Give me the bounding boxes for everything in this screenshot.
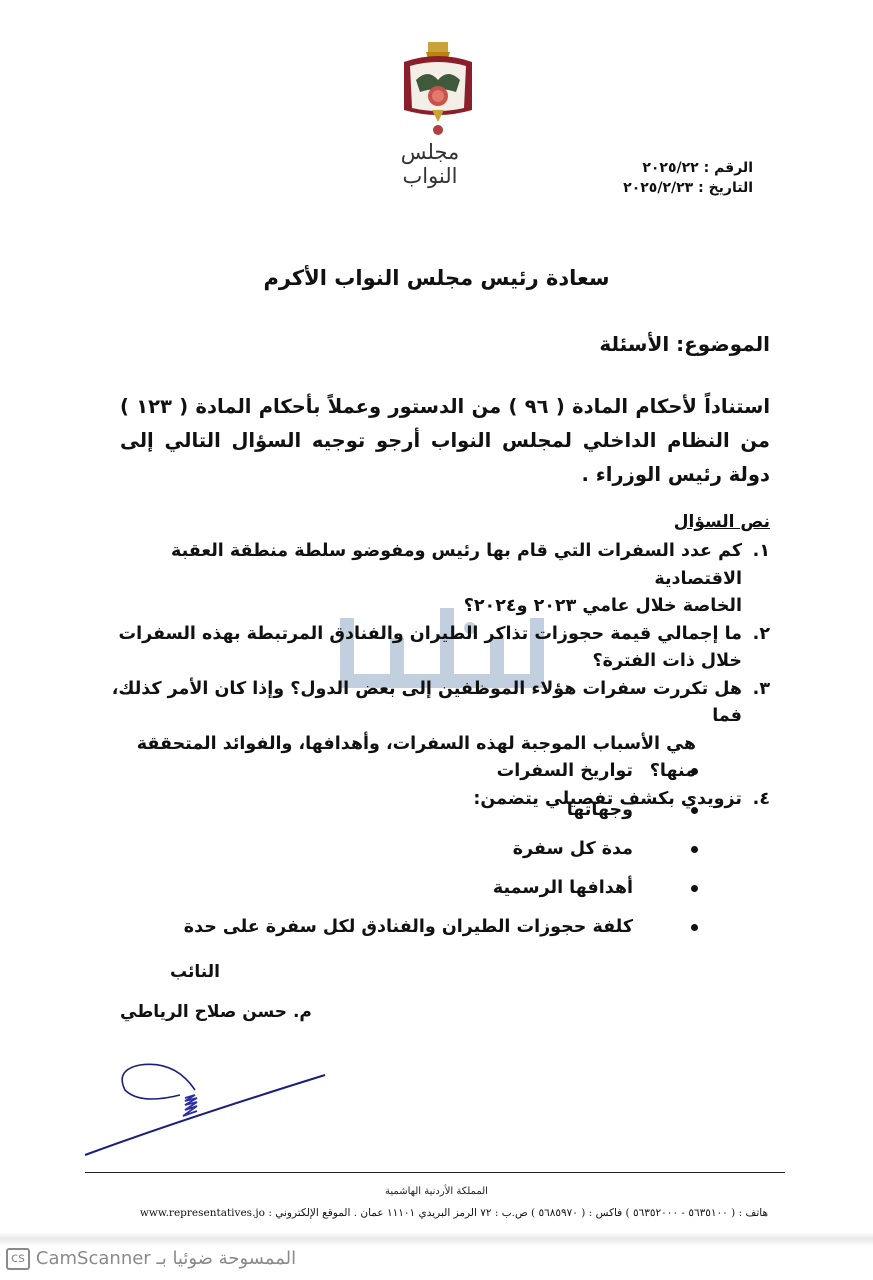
bullet-item: مدة كل سفرة [184,835,698,874]
question-text-line1: كم عدد السفرات التي قام بها رئيس ومفوضو … [90,538,742,593]
signer-name: م. حسن صلاح الرياطي [120,1002,312,1022]
question-text-line1: هل تكررت سفرات هؤلاء الموظفين إلى بعض ال… [90,676,742,731]
bullet-icon [691,807,698,814]
question-number: ١. [753,538,770,566]
question-number: ٣. [753,676,770,704]
question-number: ٢. [753,621,770,649]
questions-heading: نص السؤال [674,512,770,532]
bullet-item: وجهاتها [184,796,698,835]
footer-contact-info: هاتف : ( ٥٦٣٥١٠٠ - ٥٦٣٥٢٠٠٠ ) فاكس : ( ٥… [140,1207,768,1219]
question-number: ٤. [753,786,770,814]
document-date: التاريخ : ٢٠٢٥/٢/٢٣ [623,178,753,198]
bullet-icon [691,885,698,892]
bullet-item: أهدافها الرسمية [184,874,698,913]
parliament-logo-text: مجلس النواب [375,140,485,188]
footer-kingdom-name: المملكة الأردنية الهاشمية [0,1186,873,1197]
camscanner-watermark: csCamScanner الممسوحة ضوئيا بـ [6,1248,296,1270]
bullet-item: تواريخ السفرات [184,757,698,796]
question-text-line1: ما إجمالي قيمة حجوزات تذاكر الطيران والف… [90,621,742,649]
footer-divider [85,1172,785,1173]
signer-title: النائب [170,962,220,982]
intro-paragraph: استناداً لأحكام المادة ( ٩٦ ) من الدستور… [120,390,770,492]
question-text-line2: الخاصة خلال عامي ٢٠٢٣ و٢٠٢٤؟ [90,593,742,621]
camscanner-icon: cs [6,1248,30,1270]
handwritten-signature [80,1050,340,1160]
reference-block: الرقم : ٢٠٢٥/٢٢ التاريخ : ٢٠٢٥/٢/٢٣ [623,158,753,198]
question-text-line2: خلال ذات الفترة؟ [90,648,742,676]
camscanner-label: CamScanner [36,1248,151,1269]
details-bullet-list: تواريخ السفرات وجهاتها مدة كل سفرة أهداف… [184,757,698,952]
camscanner-label-ar: الممسوحة ضوئيا بـ [156,1248,296,1269]
question-item: ٢. ما إجمالي قيمة حجوزات تذاكر الطيران و… [90,621,770,676]
reference-number: الرقم : ٢٠٢٥/٢٢ [623,158,753,178]
bullet-icon [691,768,698,775]
subject-line: الموضوع: الأسئلة [599,332,770,356]
bullet-icon [691,846,698,853]
question-item: ١. كم عدد السفرات التي قام بها رئيس ومفو… [90,538,770,621]
bullet-item: كلفة حجوزات الطيران والفنادق لكل سفرة عل… [184,913,698,952]
salutation: سعادة رئيس مجلس النواب الأكرم [0,266,873,290]
bullet-icon [691,924,698,931]
scan-edge [0,1232,873,1246]
coat-of-arms-icon [398,40,478,140]
